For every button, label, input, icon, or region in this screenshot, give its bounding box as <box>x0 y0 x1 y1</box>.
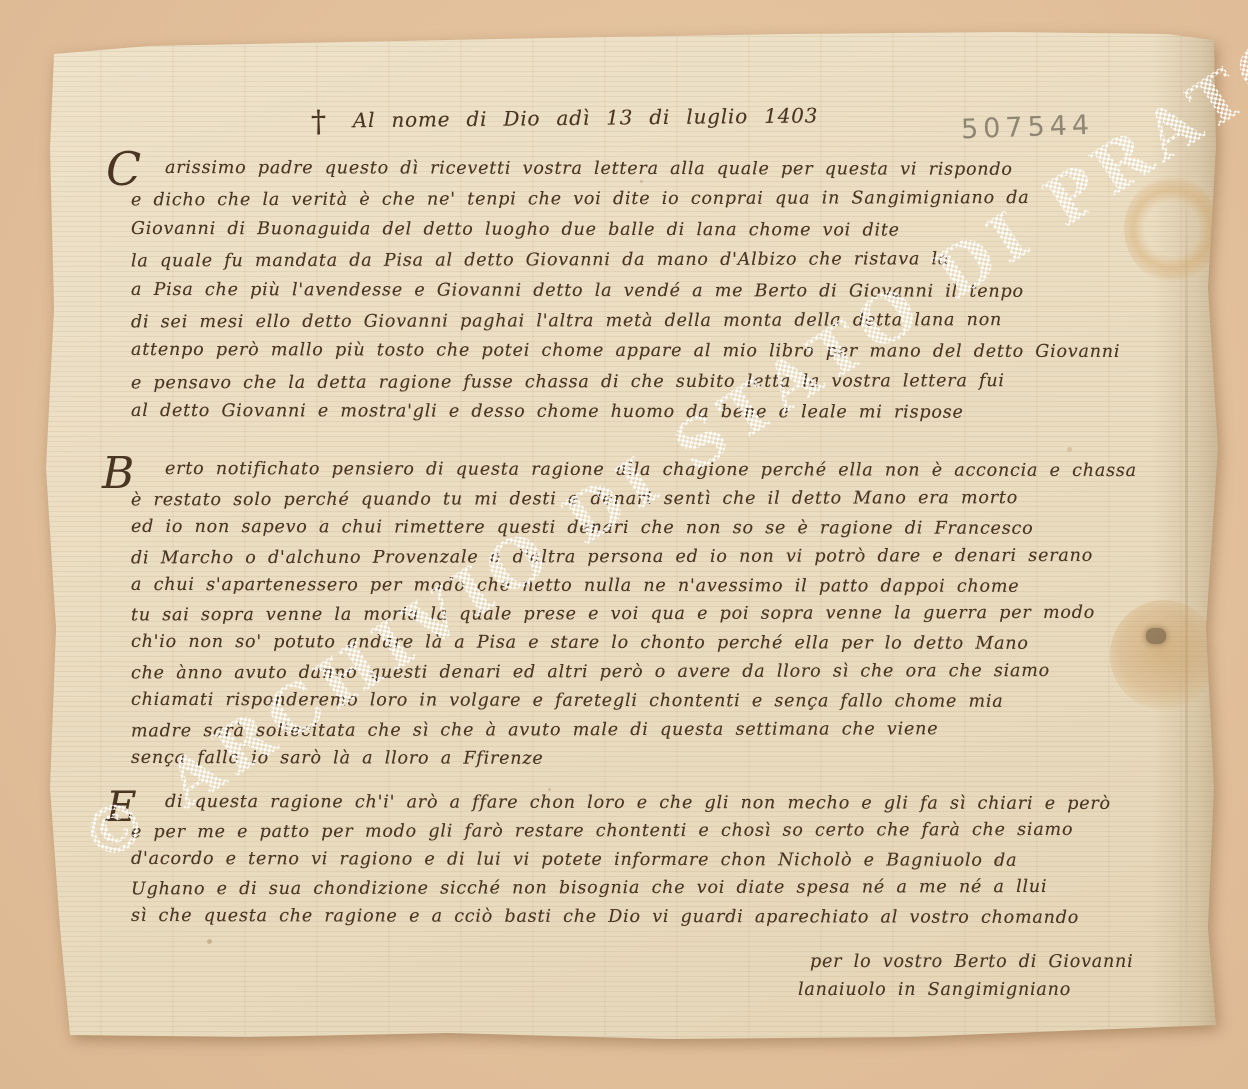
date-line: †Al nome di Dio adì 13 di luglio 1403 <box>311 99 819 139</box>
handwriting-line: è restato solo perché quando tu mi desti… <box>131 484 1173 516</box>
handwriting-line: ch'io non so' potuto andare là a Pisa e … <box>131 628 1173 659</box>
handwriting-line: e per me e patto per modo gli farò resta… <box>131 816 1173 847</box>
paragraph-3: di questa ragione ch'i' arò a ffare chon… <box>131 789 1173 931</box>
initial-capital-b: B <box>102 448 134 499</box>
handwriting-line: e pensavo che la detta ragione fusse cha… <box>131 365 1173 398</box>
handwriting-line: a chui s'apartenessero per modo che nett… <box>131 570 1173 601</box>
paper-wrapper: †Al nome di Dio adì 13 di luglio 1403 50… <box>0 0 1248 1089</box>
signature-block: per lo vostro Berto di Giovannilanaiuolo… <box>810 948 1134 1004</box>
handwriting-line: chiamati risponderemo loro in volgare e … <box>131 686 1173 717</box>
archive-number: 507544 <box>960 110 1094 146</box>
handwriting-line: madre sarà sollecitata che sì che à avut… <box>131 715 1173 747</box>
handwriting-line: tu sai sopra venne la moria la quale pre… <box>131 599 1173 631</box>
handwriting-line: sença fallo io sarò là a lloro a Ffirenz… <box>131 744 1173 775</box>
handwriting-line: erto notifichato pensiero di questa ragi… <box>131 455 1173 486</box>
handwriting-line: di Marcho o d'alchuno Provenzale o d'alt… <box>131 541 1173 573</box>
handwriting-line: d'acordo e terno vi ragiono e di lui vi … <box>131 845 1173 876</box>
invocation-cross-icon: † <box>311 104 327 139</box>
handwriting-line: Giovanni di Buonaguida del detto luogho … <box>131 214 1173 247</box>
handwriting-line: di sei mesi ello detto Giovanni paghai l… <box>131 305 1173 338</box>
handwriting-line: sì che questa che ragione e a cciò basti… <box>131 901 1173 932</box>
date-line-text: Al nome di Dio adì 13 di luglio 1403 <box>353 103 819 132</box>
signature-line: per lo vostro Berto di Giovanni <box>810 948 1134 976</box>
manuscript-page: †Al nome di Dio adì 13 di luglio 1403 50… <box>28 28 1222 1042</box>
handwriting-line: la quale fu mandata da Pisa al detto Gio… <box>131 244 1173 277</box>
handwriting-line: e dicho che la verità è che ne' tenpi ch… <box>131 183 1173 216</box>
paragraph-1: arissimo padre questo dì ricevetti vostr… <box>131 154 1173 428</box>
handwriting-line: attenpo però mallo più tosto che potei c… <box>131 335 1173 368</box>
handwriting-line: arissimo padre questo dì ricevetti vostr… <box>131 153 1173 186</box>
handwriting-line: di questa ragione ch'i' arò a ffare chon… <box>131 788 1173 819</box>
handwriting-line: ed io non sapevo a chui rimettere questi… <box>131 513 1173 544</box>
foxing-spots <box>28 28 31 31</box>
scanned-letter-screenshot: { "colors": { "mat_background": "#e2c09b… <box>0 0 1248 1089</box>
paragraph-2: erto notifichato pensiero di questa ragi… <box>131 456 1173 774</box>
signature-line: lanaiuolo in Sangimigniano <box>798 976 1134 1004</box>
handwriting-line: a Pisa che più l'avendesse e Giovanni de… <box>131 274 1173 307</box>
handwriting-line: al detto Giovanni e mostra'gli e desso c… <box>131 396 1173 429</box>
handwriting-line: Ughano e di sua chondizione sicché non b… <box>131 873 1173 904</box>
handwriting-line: che ànno avuto danno questi denari ed al… <box>131 657 1173 689</box>
